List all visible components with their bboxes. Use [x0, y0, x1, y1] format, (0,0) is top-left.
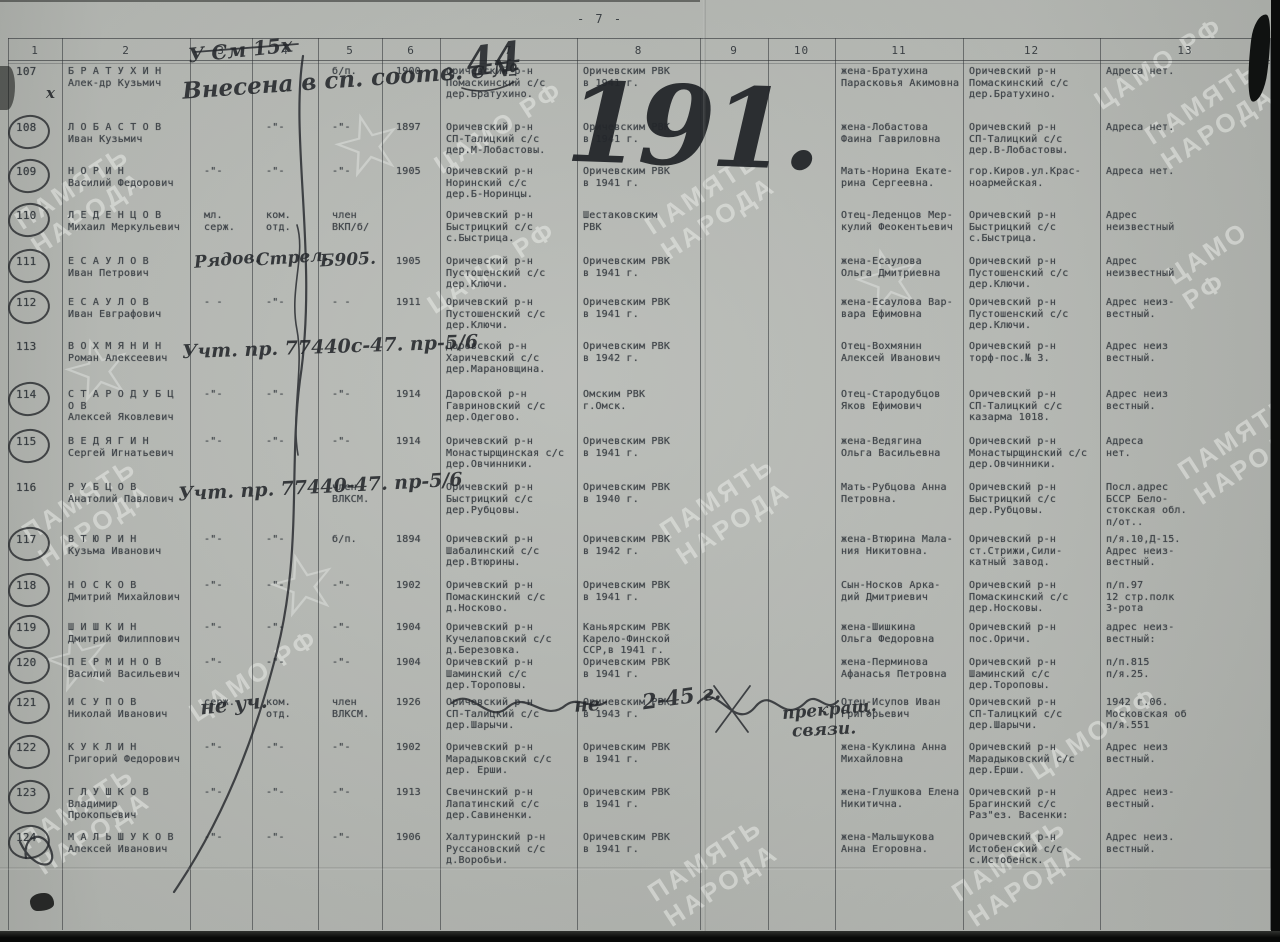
cell-col6: 1905: [396, 166, 438, 178]
archive-watermark: ПАМЯТЬ НАРОДА: [9, 139, 151, 260]
cell-col5: б/п.: [332, 534, 380, 546]
handwritten-annotation: не уч.: [199, 689, 269, 720]
cell-col3: -"-: [204, 622, 250, 634]
cell-col6: 1911: [396, 297, 438, 309]
name-cell: Б Р А Т У Х И Н Алек-др Кузьмич: [68, 66, 186, 89]
cell-col12: Оричевский р-н Брагинский с/с Раз"ез. Ва…: [969, 787, 1098, 822]
cell-col4: -"-: [266, 742, 316, 754]
grid-vertical-line: [1100, 38, 1101, 930]
cell-col12: Оричевский р-н Шаминский с/с дер.Торопов…: [969, 657, 1098, 692]
cell-col6: 1913: [396, 787, 438, 799]
cell-col8: Оричевским РВК в 1941 г.: [583, 256, 698, 279]
cell-col11: жена-Есаулова Вар- вара Ефимовна: [841, 297, 961, 320]
handwritten-circle-mark: [6, 778, 52, 817]
handwritten-circle-mark: [6, 157, 52, 196]
cell-col4: -"-: [266, 389, 316, 401]
cell-col7: Оричевский р-н Быстрицкий с/с с.Быстрица…: [446, 210, 575, 245]
cell-col4: -"-: [266, 787, 316, 799]
cell-col8: Оричевским РВК в 1941 г.: [583, 657, 698, 680]
cell-col11: Мать-Норина Екате- рина Сергеевна.: [841, 166, 961, 189]
cell-col5: -"-: [332, 787, 380, 799]
cell-col13: адрес неиз- вестный:: [1106, 622, 1268, 645]
cell-col8: Оричевским РВК в 1941 г.: [583, 787, 698, 810]
name-cell: К У К Л И Н Григорий Федорович: [68, 742, 186, 765]
cell-col4: -"-: [266, 832, 316, 844]
cell-col13: Адрес неиз вестный.: [1106, 341, 1268, 364]
cell-col13: Адрес неиз- вестный.: [1106, 787, 1268, 810]
handwritten-annotation: 44: [463, 32, 525, 86]
cell-col4: -"-: [266, 622, 316, 634]
cell-col6: 1897: [396, 122, 438, 134]
row-number: 116: [16, 482, 56, 494]
cell-col5: член ВКП/б/: [332, 210, 380, 233]
cell-col12: Оричевский р-н Помаскинский с/с дер.Носк…: [969, 580, 1098, 615]
handwritten-annotation: не: [573, 693, 600, 717]
cell-col3: -"-: [204, 832, 250, 844]
star-watermark-icon: ☆: [319, 87, 417, 201]
cell-col13: п/я.10,Д-15. Адрес неиз- вестный.: [1106, 534, 1268, 569]
cell-col11: жена-Есаулова Ольга Дмитриевна: [841, 256, 961, 279]
cell-col6: 1902: [396, 580, 438, 592]
cell-col7: Оричевский р-н СП-Талицкий с/с дер.М-Лоб…: [446, 122, 575, 157]
document-scan-page: ПАМЯТЬ НАРОДАЦАМО РФПАМЯТЬ НАРОДАЦАМО РФ…: [0, 0, 1280, 942]
cell-col8: Оричевским РВК в 1940 г.: [583, 482, 698, 505]
cell-col8: Шестаковским РВК: [583, 210, 698, 233]
handwritten-annotation: х: [46, 84, 55, 102]
cell-col7: Оричевский р-н Марадыковский с/с дер. Ер…: [446, 742, 575, 777]
handwritten-circle-mark: [6, 427, 52, 466]
cell-col13: Адрес неиз вестный.: [1106, 742, 1268, 765]
cell-col12: Оричевский р-н СП-Талицкий с/с дер.Шарыч…: [969, 697, 1098, 732]
name-cell: Ш И Ш К И Н Дмитрий Филиппович: [68, 622, 186, 645]
cell-col8: Омским РВК г.Омск.: [583, 389, 698, 412]
cell-col12: Оричевский р-н Монастырщинский с/с дер.О…: [969, 436, 1098, 471]
name-cell: М А Л Ь Ш У К О В Алексей Иванович: [68, 832, 186, 855]
cell-col3: - -: [204, 297, 250, 309]
cell-col5: -"-: [332, 436, 380, 448]
cell-col13: Адрес неиз вестный.: [1106, 389, 1268, 412]
grid-vertical-line: [963, 38, 964, 930]
cell-col13: Адрес неизвестный: [1106, 256, 1268, 279]
cell-col13: Адреса нет.: [1106, 436, 1268, 459]
cell-col3: -"-: [204, 166, 250, 178]
cell-col13: Адреса нет.: [1106, 66, 1268, 78]
cell-col4: ком. отд.: [266, 697, 316, 720]
cell-col13: п/п.97 12 стр.полк 3-рота: [1106, 580, 1268, 615]
cell-col11: жена-Перминова Афанасья Петровна: [841, 657, 961, 680]
cell-col12: Оричевский р-н СП-Талицкий с/с дер.В-Лоб…: [969, 122, 1098, 157]
grid-horizontal-line: [8, 38, 1270, 39]
cell-col12: Оричевский р-н Истобенский с/с с.Истобен…: [969, 832, 1098, 867]
cell-col12: Оричевский р-н Пустошенский с/с дер.Ключ…: [969, 297, 1098, 332]
cell-col4: -"-: [266, 122, 316, 134]
handwritten-annotation: Б905.: [320, 249, 377, 272]
cell-col8: Каньярским РВК Карело-Финской ССР,в 1941…: [583, 622, 698, 657]
handwritten-circle-mark: [6, 247, 52, 286]
cell-col13: Адреса нет.: [1106, 166, 1268, 178]
grid-vertical-line: [835, 38, 836, 930]
cell-col5: -"-: [332, 657, 380, 669]
cell-col5: - -: [332, 297, 380, 309]
handwritten-circle-mark: [6, 571, 52, 610]
cell-col12: Оричевский р-н СП-Талицкий с/с казарма 1…: [969, 389, 1098, 424]
cell-col11: Отец-Леденцов Мер- кулий Феокентьевич: [841, 210, 961, 233]
handwritten-circle-mark: [6, 113, 52, 152]
cell-col12: Оричевский р-н Пустошенский с/с дер.Ключ…: [969, 256, 1098, 291]
ink-blot-bottom-left: [30, 893, 54, 911]
cell-col5: -"-: [332, 622, 380, 634]
column-header-8: 8: [577, 42, 700, 58]
cell-col6: 1902: [396, 742, 438, 754]
cell-col5: -"-: [332, 122, 380, 134]
handwritten-circle-mark: [6, 613, 52, 652]
cell-col3: -"-: [204, 742, 250, 754]
cell-col4: ком. отд.: [266, 210, 316, 233]
handwritten-annotation: Учт. пр. 77440с-47. пр-5/6: [182, 331, 479, 363]
cell-col12: Оричевский р-н ст.Стрижи,Сили- катный за…: [969, 534, 1098, 569]
cell-col13: Адрес неиз. вестный.: [1106, 832, 1268, 855]
cell-col6: 1914: [396, 389, 438, 401]
cell-col7: Халтуринский р-н Руссановский с/с д.Воро…: [446, 832, 575, 867]
cell-col12: Оричевский р-н пос.Оричи.: [969, 622, 1098, 645]
cell-col7: Оричевский р-н Норинский с/с дер.Б-Норин…: [446, 166, 575, 201]
cell-col11: Отец-Стародубцов Яков Ефимович: [841, 389, 961, 412]
cell-col4: -"-: [266, 297, 316, 309]
cell-col5: -"-: [332, 580, 380, 592]
cell-col11: жена-Ведягина Ольга Васильевна: [841, 436, 961, 459]
handwritten-circle-mark: [6, 201, 52, 240]
handwritten-circle-mark: [6, 380, 52, 419]
cell-col13: Посл.адрес БССР Бело- стокская обл. п/от…: [1106, 482, 1268, 528]
handwritten-circle-mark: [6, 288, 52, 327]
cell-col13: Адреса нет.: [1106, 122, 1268, 134]
handwritten-annotation: связи.: [792, 718, 857, 741]
name-cell: В Т Ю Р И Н Кузьма Иванович: [68, 534, 186, 557]
handwritten-circle-mark: [6, 525, 52, 564]
cell-col7: Оричевский р-н Шабалинский с/с дер.Втюри…: [446, 534, 575, 569]
name-cell: П Е Р М И Н О В Василий Васильевич: [68, 657, 186, 680]
cell-col7: Оричевский р-н Монастырщинская с/с дер.О…: [446, 436, 575, 471]
cell-col11: Сын-Носков Арка- дий Дмитриевич: [841, 580, 961, 603]
cell-col11: Отец-Вохмянин Алексей Иванович: [841, 341, 961, 364]
name-cell: Е С А У Л О В Иван Евграфович: [68, 297, 186, 320]
cell-col7: Оричевский р-н Шаминский с/с дер.Торопов…: [446, 657, 575, 692]
scan-edge-top: [0, 0, 700, 2]
name-cell: С Т А Р О Д У Б Ц О В Алексей Яковлевич: [68, 389, 186, 424]
cell-col12: Оричевский р-н Марадыковский с/с дер.Ерш…: [969, 742, 1098, 777]
cell-col3: -"-: [204, 580, 250, 592]
handwritten-circle-mark: [6, 823, 52, 862]
scan-edge-bottom: [0, 931, 1280, 942]
name-cell: Н О Р И Н Василий Федорович: [68, 166, 186, 189]
cell-col6: 1904: [396, 657, 438, 669]
column-header-9: 9: [700, 42, 768, 58]
cell-col6: 1906: [396, 832, 438, 844]
cell-col3: -"-: [204, 436, 250, 448]
cell-col8: Оричевским РВК в 1942 г.: [583, 534, 698, 557]
cell-col11: жена-Глушкова Елена Никитична.: [841, 787, 961, 810]
cell-col13: Адрес неиз- вестный.: [1106, 297, 1268, 320]
name-cell: Е С А У Л О В Иван Петрович: [68, 256, 186, 279]
column-header-1: 1: [8, 42, 62, 58]
name-cell: И С У П О В Николай Иванович: [68, 697, 186, 720]
cell-col7: Оричевский р-н Быстрицкий с/с дер.Рубцов…: [446, 482, 575, 517]
handwritten-circle-mark: [6, 733, 52, 772]
cell-col4: -"-: [266, 657, 316, 669]
cell-col6: 1905: [396, 256, 438, 268]
cell-col6: 1894: [396, 534, 438, 546]
cell-col7: Оричевский р-н Пустошенский с/с дер.Ключ…: [446, 297, 575, 332]
cell-col3: -"-: [204, 657, 250, 669]
handwritten-annotation: 2-45 г.: [641, 679, 723, 715]
archive-watermark: ПАМЯТЬ НАРОДА: [946, 811, 1088, 932]
cell-col7: Свечинский р-н Лапатинский с/с дер.Савин…: [446, 787, 575, 822]
cell-col8: Оричевским РВК в 1941 г.: [583, 832, 698, 855]
cell-col3: -"-: [204, 389, 250, 401]
cell-col13: Адрес неизвестный: [1106, 210, 1268, 233]
cell-col3: -"-: [204, 787, 250, 799]
cell-col7: Оричевский р-н СП-Талицкий с/с дер.Шарыч…: [446, 697, 575, 732]
cell-col12: Оричевский р-н торф-пос.№ 3.: [969, 341, 1098, 364]
cell-col12: Оричевский р-н Быстрицкий с/с с.Быстрица…: [969, 210, 1098, 245]
handwritten-annotation: 191.: [564, 58, 820, 196]
cell-col5: -"-: [332, 166, 380, 178]
cell-col8: Оричевским РВК в 1941 г.: [583, 742, 698, 765]
cell-col4: -"-: [266, 436, 316, 448]
fold-crease-horizontal: [0, 867, 1280, 870]
cell-col11: жена-Братухина Парасковья Акимовна: [841, 66, 961, 89]
column-header-13: 13: [1100, 42, 1270, 58]
cell-col5: -"-: [332, 742, 380, 754]
handwritten-annotation: Учт. пр. 77440-47. пр-5/6: [178, 469, 463, 506]
row-number: 107: [16, 66, 56, 78]
cell-col7: Даровской р-н Гавриновский с/с дер.Одего…: [446, 389, 575, 424]
cell-col8: Оричевским РВК в 1941 г.: [583, 580, 698, 603]
name-cell: В О Х М Я Н И Н Роман Алексеевич: [68, 341, 186, 364]
cell-col12: гор.Киров.ул.Крас- ноармейская.: [969, 166, 1098, 189]
cell-col11: жена-Лобастова Фаина Гавриловна: [841, 122, 961, 145]
cell-col11: Мать-Рубцова Анна Петровна.: [841, 482, 961, 505]
handwritten-circle-mark: [6, 648, 52, 687]
cell-col8: Оричевским РВК в 1941 г.: [583, 297, 698, 320]
column-header-6: 6: [382, 42, 440, 58]
column-header-5: 5: [318, 42, 382, 58]
fold-crease-vertical: [703, 0, 706, 942]
name-cell: Л Е Д Е Н Ц О В Михаил Меркульевич: [68, 210, 186, 233]
ink-blot-left-margin: [0, 66, 15, 110]
handwritten-circle-mark: [6, 688, 52, 727]
name-cell: Л О Б А С Т О В Иван Кузьмич: [68, 122, 186, 145]
cell-col5: член ВЛКСМ.: [332, 697, 380, 720]
name-cell: Р У Б Ц О В Анатолий Павлович: [68, 482, 186, 505]
cell-col4: -"-: [266, 166, 316, 178]
cell-col3: мл. серж.: [204, 210, 250, 233]
column-header-11: 11: [835, 42, 963, 58]
cell-col4: -"-: [266, 580, 316, 592]
cell-col7: Оричевский р-н Кучелаповский с/с д.Берез…: [446, 622, 575, 657]
name-cell: В Е Д Я Г И Н Сергей Игнатьевич: [68, 436, 186, 459]
archive-watermark: ПАМЯТЬ НАРОДА: [642, 811, 784, 932]
cell-col4: -"-: [266, 534, 316, 546]
cell-col3: -"-: [204, 534, 250, 546]
column-header-2: 2: [62, 42, 190, 58]
cell-col7: Оричевский р-н Помаскинский с/с д.Носков…: [446, 580, 575, 615]
cell-col13: п/п.815 п/я.25.: [1106, 657, 1268, 680]
column-header-10: 10: [768, 42, 835, 58]
row-number: 113: [16, 341, 56, 353]
cell-col7: Оричевский р-н Пустошенский с/с дер.Ключ…: [446, 256, 575, 291]
name-cell: Г Л У Ш К О В Владимир Прокопьевич: [68, 787, 186, 822]
cell-col12: Оричевский р-н Быстрицкий с/с дер.Рубцов…: [969, 482, 1098, 517]
cell-col11: жена-Мальшукова Анна Егоровна.: [841, 832, 961, 855]
cell-col11: жена-Куклина Анна Михайловна: [841, 742, 961, 765]
cell-col12: Оричевский р-н Помаскинский с/с дер.Брат…: [969, 66, 1098, 101]
cell-col11: жена-Шишкина Ольга Федоровна: [841, 622, 961, 645]
cell-col6: 1914: [396, 436, 438, 448]
cell-col6: 1926: [396, 697, 438, 709]
cell-col5: -"-: [332, 832, 380, 844]
name-cell: Н О С К О В Дмитрий Михайлович: [68, 580, 186, 603]
grid-vertical-line: [62, 38, 63, 930]
page-number: - 7 -: [555, 12, 645, 26]
cell-col8: Оричевским РВК в 1942 г.: [583, 341, 698, 364]
scan-edge-right: [1271, 0, 1280, 942]
cell-col11: жена-Втюрина Мала- ния Никитовна.: [841, 534, 961, 557]
cell-col6: 1904: [396, 622, 438, 634]
column-header-12: 12: [963, 42, 1100, 58]
cell-col8: Оричевским РВК в 1941 г.: [583, 436, 698, 459]
cell-col5: -"-: [332, 389, 380, 401]
cell-col13: 1942 г.06. Московская об п/я.551: [1106, 697, 1268, 732]
